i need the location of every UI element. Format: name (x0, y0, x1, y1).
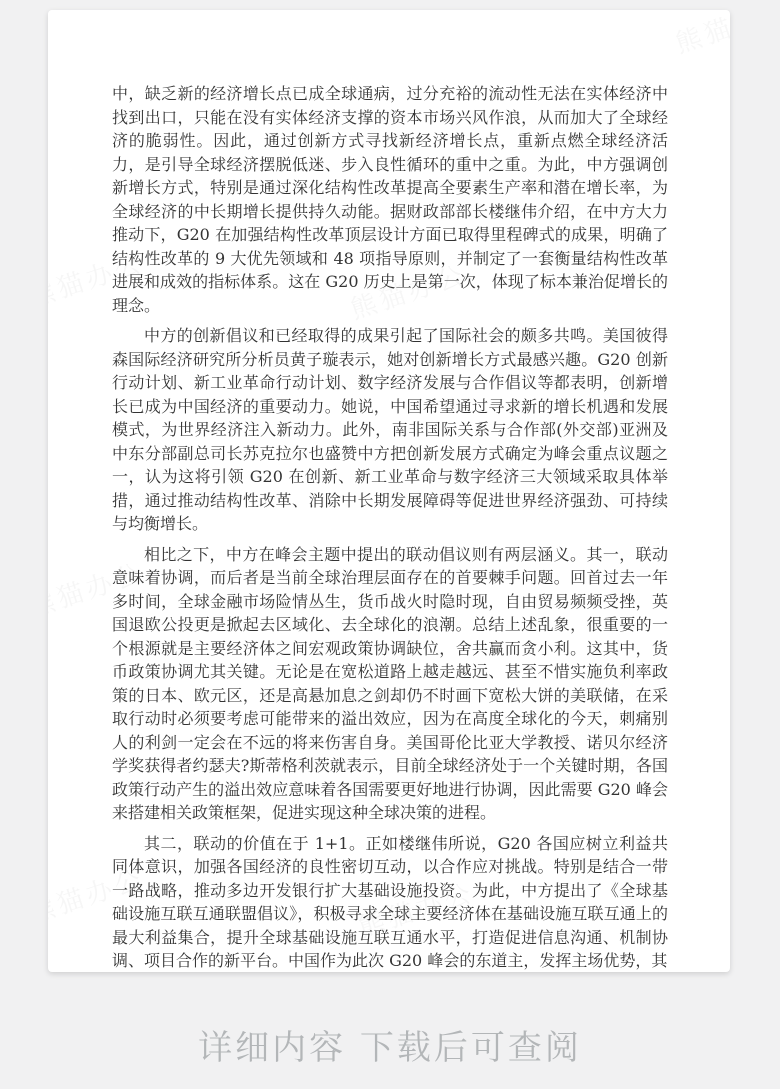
download-hint: 详细内容 下载后可查阅 (0, 1014, 780, 1074)
document-page: 中，缺乏新的经济增长点已成全球通病，过分充裕的流动性无法在实体经济中找到出口，只… (48, 10, 730, 972)
paragraph: 中方的创新倡议和已经取得的成果引起了国际社会的颇多共鸣。美国彼得森国际经济研究所… (112, 324, 668, 536)
paragraph: 其二，联动的价值在于 1+1。正如楼继伟所说，G20 各国应树立利益共同体意识，… (112, 832, 668, 973)
preview-background: 中，缺乏新的经济增长点已成全球通病，过分充裕的流动性无法在实体经济中找到出口，只… (0, 0, 780, 1089)
document-text: 中，缺乏新的经济增长点已成全球通病，过分充裕的流动性无法在实体经济中找到出口，只… (112, 82, 668, 972)
watermark: 熊猫办公 (670, 10, 730, 61)
download-hint-text: 详细内容 下载后可查阅 (198, 1020, 582, 1069)
paragraph: 相比之下，中方在峰会主题中提出的联动倡议则有两层涵义。其一，联动意味着协调，而后… (112, 543, 668, 825)
paragraph: 中，缺乏新的经济增长点已成全球通病，过分充裕的流动性无法在实体经济中找到出口，只… (112, 82, 668, 317)
